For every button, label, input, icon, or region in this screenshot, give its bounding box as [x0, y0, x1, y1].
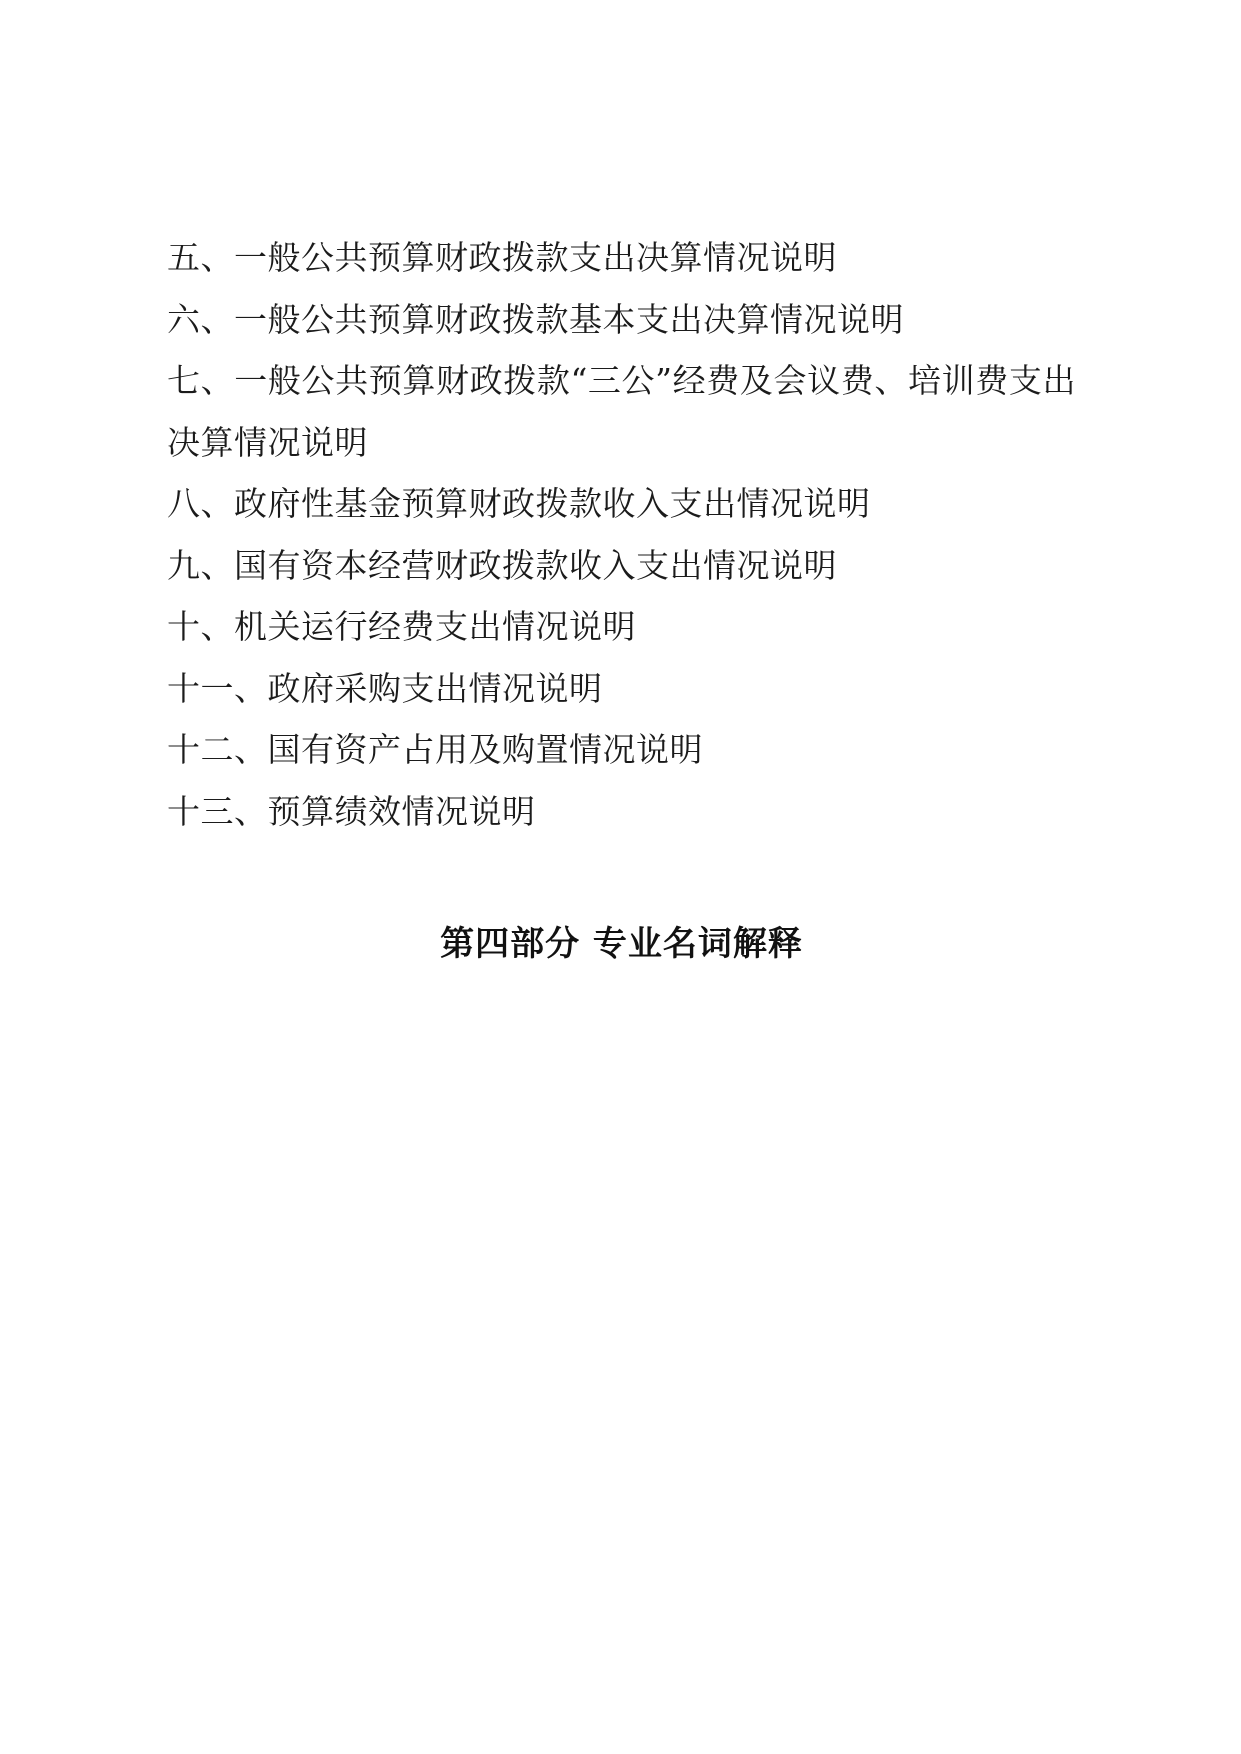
- document-page: 五、一般公共预算财政拨款支出决算情况说明 六、一般公共预算财政拨款基本支出决算情…: [0, 0, 1241, 1754]
- toc-section: 五、一般公共预算财政拨款支出决算情况说明 六、一般公共预算财政拨款基本支出决算情…: [0, 0, 1241, 970]
- toc-item-12: 十二、国有资产占用及购置情况说明: [167, 719, 1076, 781]
- section-heading: 第四部分 专业名词解释: [167, 918, 1076, 970]
- toc-item-5: 五、一般公共预算财政拨款支出决算情况说明: [167, 227, 1076, 289]
- toc-item-6: 六、一般公共预算财政拨款基本支出决算情况说明: [167, 289, 1076, 351]
- toc-item-13: 十三、预算绩效情况说明: [167, 781, 1076, 843]
- toc-item-11: 十一、政府采购支出情况说明: [167, 658, 1076, 720]
- toc-item-8: 八、政府性基金预算财政拨款收入支出情况说明: [167, 473, 1076, 535]
- toc-item-10: 十、机关运行经费支出情况说明: [167, 596, 1076, 658]
- toc-item-9: 九、国有资本经营财政拨款收入支出情况说明: [167, 535, 1076, 597]
- toc-item-7: 七、一般公共预算财政拨款“三公”经费及会议费、培训费支出决算情况说明: [167, 350, 1076, 473]
